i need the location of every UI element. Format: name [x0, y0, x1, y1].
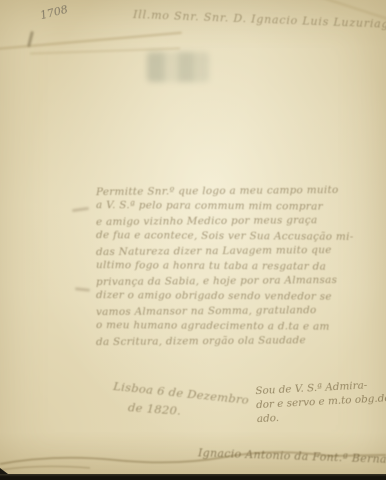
ink-mark-margin-1 [72, 207, 89, 212]
paper-crease-bottom [0, 446, 386, 476]
faded-stamp-smudge [147, 52, 209, 82]
archival-number: 1708 [39, 3, 69, 22]
scanned-letter-page: 1708 Ill.mo Snr. Snr. D. Ignacio Luis Lu… [0, 0, 386, 480]
closing-formula: Sou de V. S.ª Admira- dor e servo e m.to… [255, 376, 386, 426]
letter-body: Permitte Snr.º que logo a meu campo muit… [96, 184, 354, 349]
body-line: da Scritura, dizem orgão ola Saudade [96, 333, 354, 350]
scan-edge-bar [0, 474, 386, 480]
salutation-line: Ill.mo Snr. Snr. D. Ignacio Luis Luzuria… [133, 8, 386, 31]
date-year-line: de 1820. [128, 400, 182, 418]
ink-mark-margin-2 [75, 287, 90, 292]
